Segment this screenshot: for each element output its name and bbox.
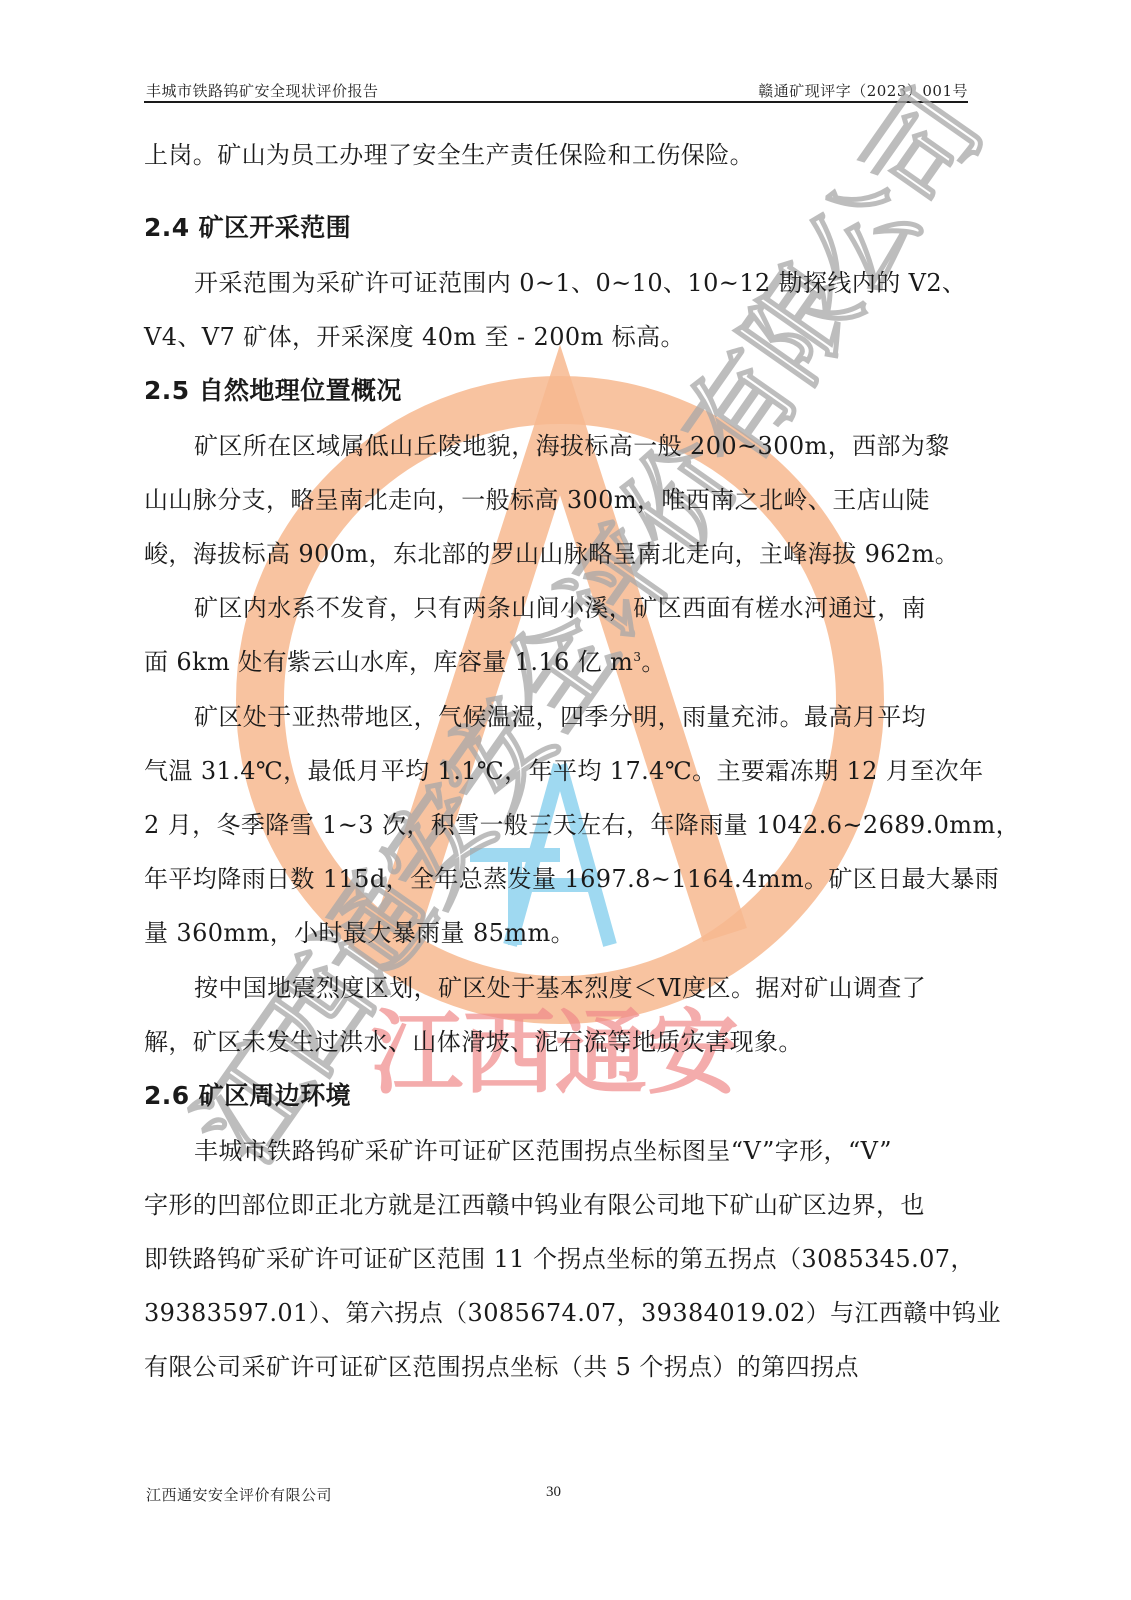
body-line: 丰城市铁路钨矿采矿许可证矿区范围拐点坐标图呈“V”字形，“V” [194,1134,892,1168]
body-line: 面 6km 处有紫云山水库，库容量 1.16 亿 m3。 [144,645,666,679]
body-line: V4、V7 矿体，开采深度 40m 至 - 200m 标高。 [144,320,685,354]
body-line: 年平均降雨日数 115d，全年总蒸发量 1697.8~1164.4mm。矿区日最… [144,862,999,896]
body-line: 即铁路钨矿采矿许可证矿区范围 11 个拐点坐标的第五拐点（3085345.07， [144,1242,975,1276]
body-line: 39383597.01）、第六拐点（3085674.07，39384019.02… [144,1296,1001,1330]
body-line: 气温 31.4℃，最低月平均 1.1℃，年平均 17.4℃。主要霜冻期 12 月… [144,754,983,788]
body-line: 2 月，冬季降雪 1~3 次，积雪一般三天左右，年降雨量 1042.6~2689… [144,808,1020,842]
section-heading-2-5: 2.5 自然地理位置概况 [144,374,402,408]
body-line: 字形的凹部位即正北方就是江西赣中钨业有限公司地下矿山矿区边界，也 [144,1188,925,1222]
body-line: 按中国地震烈度区划，矿区处于基本烈度＜Ⅵ度区。据对矿山调查了 [194,971,926,1005]
footer-company: 江西通安安全评价有限公司 [146,1484,332,1505]
header-divider [144,101,968,103]
document-page: 丰城市铁路钨矿安全现状评价报告 赣通矿现评字（2023）001号 江西通安 江西… [0,0,1131,1600]
body-line: 矿区所在区域属低山丘陵地貌，海拔标高一般 200~300m，西部为黎 [194,429,950,463]
body-line: 矿区内水系不发育，只有两条山间小溪，矿区西面有槎水河通过，南 [194,591,926,625]
body-line: 峻，海拔标高 900m，东北部的罗山山脉略呈南北走向，主峰海拔 962m。 [144,537,959,571]
report-title: 丰城市铁路钨矿安全现状评价报告 [146,80,379,101]
body-line: 量 360mm，小时最大暴雨量 85mm。 [144,916,575,950]
document-number: 赣通矿现评字（2023）001号 [758,80,968,101]
body-line: 有限公司采矿许可证矿区范围拐点坐标（共 5 个拐点）的第四拐点 [144,1350,859,1384]
body-text: 。 [641,648,665,676]
page-number: 30 [546,1484,561,1501]
body-line: 山山脉分支，略呈南北走向，一般标高 300m，唯西南之北岭、王店山陡 [144,483,930,517]
section-heading-2-6: 2.6 矿区周边环境 [144,1079,351,1113]
body-line: 开采范围为采矿许可证范围内 0~1、0~10、10~12 勘探线内的 V2、 [194,266,966,300]
body-line: 解，矿区未发生过洪水、山体滑坡、泥石流等地质灾害现象。 [144,1025,803,1059]
section-heading-2-4: 2.4 矿区开采范围 [144,211,351,245]
body-line: 上岗。矿山为员工办理了安全生产责任保险和工伤保险。 [144,138,754,172]
body-text: 面 6km 处有紫云山水库，库容量 1.16 亿 m [144,648,633,676]
body-line: 矿区处于亚热带地区，气候温湿，四季分明，雨量充沛。最高月平均 [194,700,926,734]
